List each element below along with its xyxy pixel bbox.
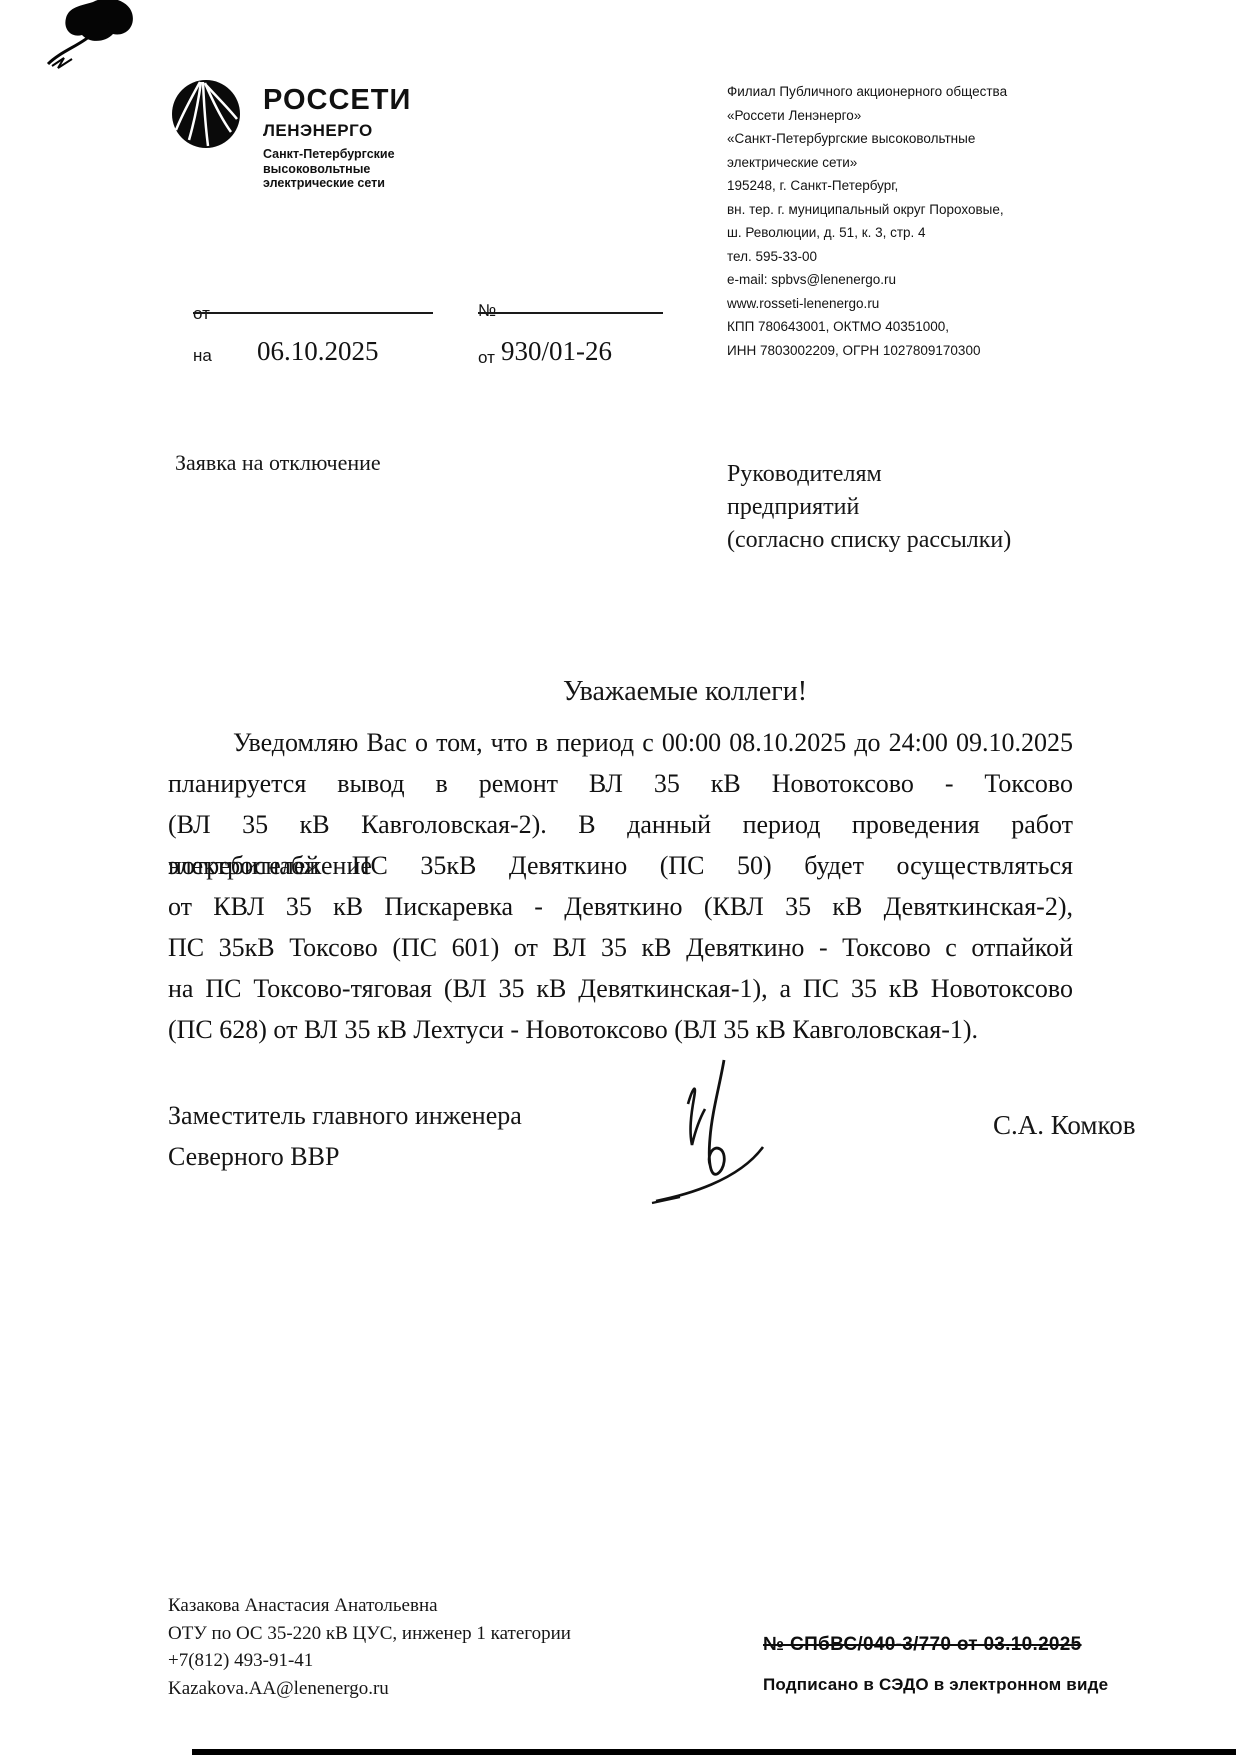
executor-contacts: Казакова Анастасия Анатольевна ОТУ по ОС…: [168, 1592, 571, 1702]
date-field-rule: [193, 312, 433, 314]
signatory-title: Заместитель главного инженера Северного …: [168, 1095, 522, 1177]
body-line: (ПС 628) от ВЛ 35 кВ Лехтуси - Новотоксо…: [168, 1009, 1073, 1050]
handwritten-signature: [650, 1052, 780, 1207]
recipient-block: Руководителям предприятий (согласно спис…: [727, 458, 1011, 557]
executor-email: Kazakova.AA@lenenergo.ru: [168, 1675, 571, 1703]
body-paragraph: Уведомляю Вас о том, что в период с 00:0…: [168, 722, 1073, 1050]
sender-website-line: www.rosseti-lenenergo.ru: [727, 292, 1147, 316]
signatory-name: С.А. Комков: [993, 1110, 1136, 1141]
body-line: Уведомляю Вас о том, что в период с 00:0…: [168, 722, 1073, 763]
body-line: (ВЛ 35 кВ Кавголовская-2). В данный пери…: [168, 804, 1073, 845]
executor-department: ОТУ по ОС 35-220 кВ ЦУС, инженер 1 катег…: [168, 1620, 571, 1648]
salutation: Уважаемые коллеги!: [170, 676, 1200, 708]
sender-line: Филиал Публичного акционерного общества: [727, 80, 1147, 104]
body-line: от КВЛ 35 кВ Пискаревка - Девяткино (КВЛ…: [168, 886, 1073, 927]
logo-tagline-line: Санкт-Петербургские: [263, 147, 411, 162]
executor-phone: +7(812) 493-91-41: [168, 1647, 571, 1675]
ink-blot-artifact: [38, 0, 158, 74]
logo-tagline-line: электрические сети: [263, 176, 411, 191]
scan-edge-artifact: [192, 1749, 1236, 1755]
sender-line: «Россети Ленэнерго»: [727, 104, 1147, 128]
recipient-line: Руководителям: [727, 458, 1011, 491]
edo-stamp-number: № СПбВС/040-3/770 от 03.10.2025: [763, 1634, 1082, 1656]
on-field-label: на: [193, 346, 212, 366]
signatory-title-line: Заместитель главного инженера: [168, 1095, 522, 1136]
recipient-line: предприятий: [727, 491, 1011, 524]
letter-date-value: 06.10.2025: [257, 336, 379, 367]
sender-line: 195248, г. Санкт-Петербург,: [727, 174, 1147, 198]
recipient-line: (согласно списку рассылки): [727, 524, 1011, 557]
logo-subbrand: ЛЕНЭНЕРГО: [263, 121, 411, 141]
letter-number-value: 930/01-26: [501, 336, 612, 367]
number-field-rule: [478, 312, 663, 314]
logo-brand: РОССЕТИ: [263, 84, 411, 117]
logo-text-block: РОССЕТИ ЛЕНЭНЕРГО Санкт-Петербургские вы…: [263, 84, 411, 191]
logo-tagline-line: высоковольтные: [263, 162, 411, 177]
date-field-label: от: [193, 304, 210, 324]
body-line: ПС 35кВ Токсово (ПС 601) от ВЛ 35 кВ Дев…: [168, 927, 1073, 968]
subject-line: Заявка на отключение: [175, 450, 381, 476]
sender-line: ИНН 7803002209, ОГРН 1027809170300: [727, 339, 1147, 363]
signatory-title-line: Северного ВВР: [168, 1136, 522, 1177]
sender-line: ш. Революции, д. 51, к. 3, стр. 4: [727, 221, 1147, 245]
rosseti-logo-icon: [170, 78, 242, 150]
logo-tagline: Санкт-Петербургские высоковольтные элект…: [263, 147, 411, 191]
sender-line: вн. тер. г. муниципальный округ Пороховы…: [727, 198, 1147, 222]
body-line: на ПС Токсово-тяговая (ВЛ 35 кВ Девяткин…: [168, 968, 1073, 1009]
sender-details-block: Филиал Публичного акционерного общества …: [727, 80, 1147, 362]
scanned-letter-page: РОССЕТИ ЛЕНЭНЕРГО Санкт-Петербургские вы…: [0, 0, 1236, 1758]
body-line: планируется вывод в ремонт ВЛ 35 кВ Ново…: [168, 763, 1073, 804]
edo-stamp-note: Подписано в СЭДО в электронном виде: [763, 1675, 1108, 1695]
number-prefix-label: от: [478, 348, 495, 368]
sender-line: «Санкт-Петербургские высоковольтные: [727, 127, 1147, 151]
sender-line: электрические сети»: [727, 151, 1147, 175]
sender-line: КПП 780643001, ОКТМО 40351000,: [727, 315, 1147, 339]
sender-email-line: e-mail: spbvs@lenenergo.ru: [727, 268, 1147, 292]
executor-name: Казакова Анастасия Анатольевна: [168, 1592, 571, 1620]
body-line: потребителей ПС 35кВ Девяткино (ПС 50) б…: [168, 845, 1073, 886]
number-field-label: №: [478, 301, 496, 321]
sender-line: тел. 595-33-00: [727, 245, 1147, 269]
